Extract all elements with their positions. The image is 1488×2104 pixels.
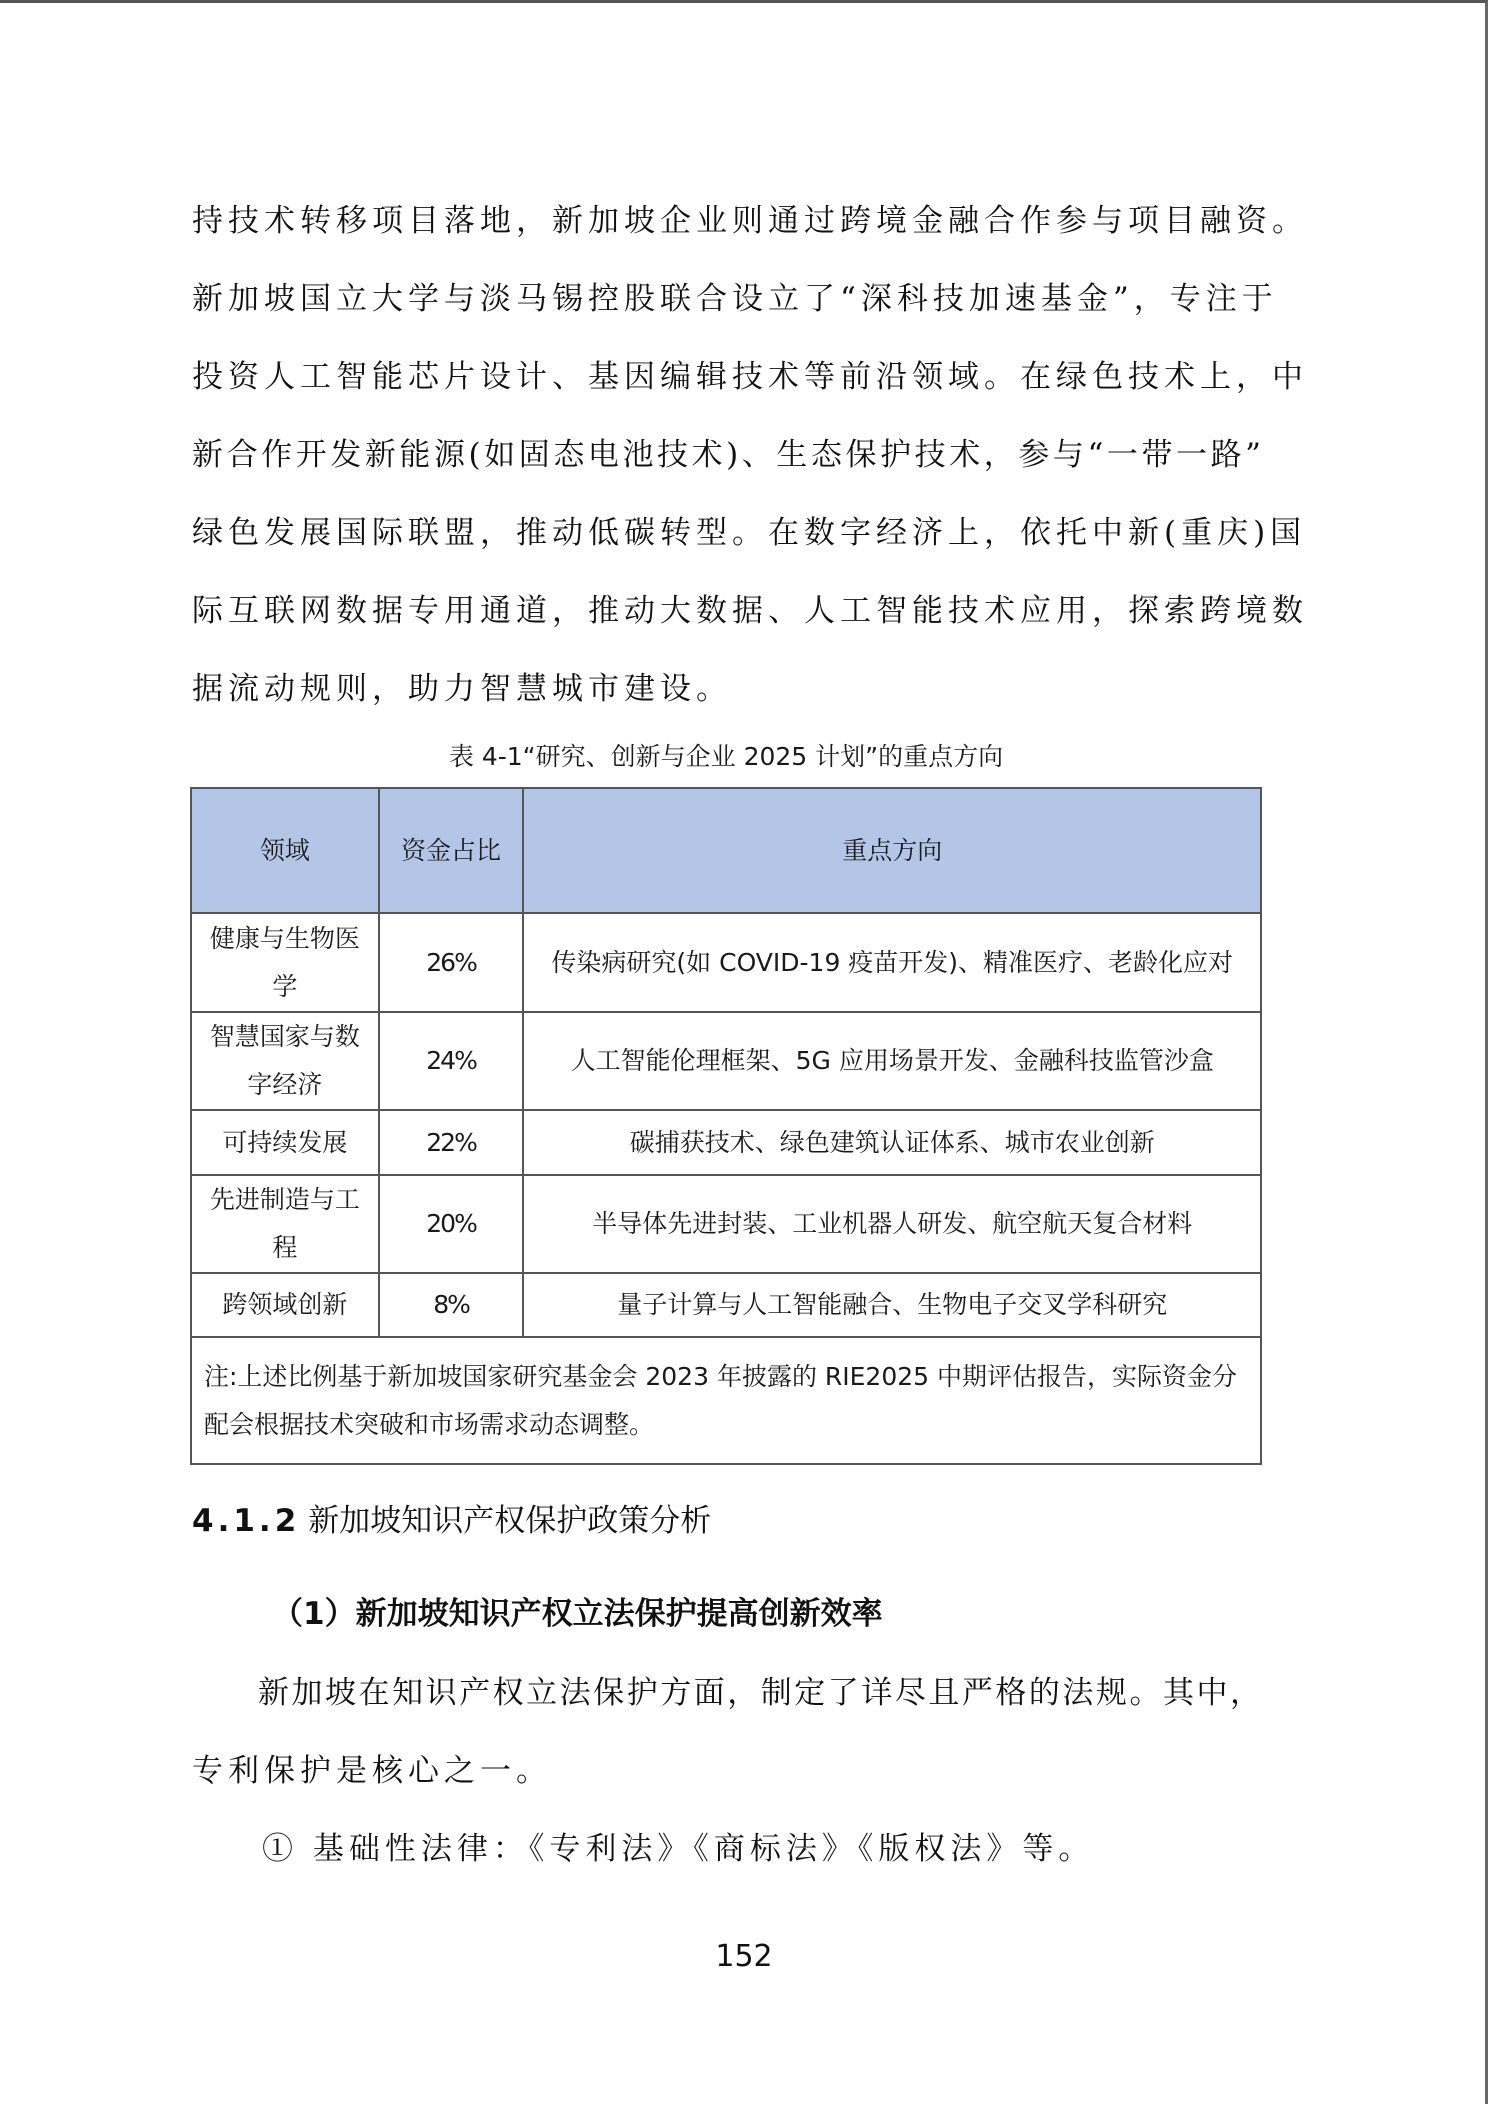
column-header-share: 资金占比 — [379, 788, 524, 913]
cell-field: 先进制造与工程 — [191, 1175, 379, 1273]
focus-areas-table: 领域 资金占比 重点方向 健康与生物医学 26% 传染病研究(如 COVID-1… — [190, 787, 1262, 1465]
paragraph-line: 际互联网数据专用通道，推动大数据、人工智能技术应用，探索跨境数 — [192, 591, 1262, 631]
paragraph-line: 持技术转移项目落地，新加坡企业则通过跨境金融合作参与项目融资。 — [192, 201, 1262, 241]
table-row: 可持续发展 22% 碳捕获技术、绿色建筑认证体系、城市农业创新 — [191, 1110, 1261, 1175]
document-page: 持技术转移项目落地，新加坡企业则通过跨境金融合作参与项目融资。 新加坡国立大学与… — [0, 3, 1488, 2104]
table-row: 先进制造与工程 20% 半导体先进封装、工业机器人研发、航空航天复合材料 — [191, 1175, 1261, 1273]
cell-share: 8% — [379, 1273, 524, 1337]
table-row: 智慧国家与数字经济 24% 人工智能伦理框架、5G 应用场景开发、金融科技监管沙… — [191, 1012, 1261, 1110]
cell-focus: 传染病研究(如 COVID-19 疫苗开发)、精准医疗、老龄化应对 — [523, 913, 1261, 1012]
paragraph-line: 新合作开发新能源(如固态电池技术)、生态保护技术，参与“一带一路” — [192, 435, 1262, 475]
cell-field: 跨领域创新 — [191, 1273, 379, 1337]
cell-focus: 人工智能伦理框架、5G 应用场景开发、金融科技监管沙盒 — [523, 1012, 1261, 1110]
table-note: 注:上述比例基于新加坡国家研究基金会 2023 年披露的 RIE2025 中期评… — [191, 1337, 1261, 1464]
cell-field: 健康与生物医学 — [191, 913, 379, 1012]
cell-share: 24% — [379, 1012, 524, 1110]
page-number: 152 — [0, 1939, 1488, 1974]
list-item: ① 基础性法律：《专利法》《商标法》《版权法》等。 — [262, 1829, 1162, 1869]
paragraph-line: 据流动规则，助力智慧城市建设。 — [192, 669, 1262, 709]
cell-field: 可持续发展 — [191, 1110, 379, 1175]
cell-share: 20% — [379, 1175, 524, 1273]
paragraph-line: 专利保护是核心之一。 — [192, 1751, 1262, 1791]
cell-focus: 量子计算与人工智能融合、生物电子交叉学科研究 — [523, 1273, 1261, 1337]
paragraph-line: 新加坡在知识产权立法保护方面，制定了详尽且严格的法规。其中， — [258, 1673, 1262, 1713]
table-header-row: 领域 资金占比 重点方向 — [191, 788, 1261, 913]
paragraph-line: 绿色发展国际联盟，推动低碳转型。在数字经济上，依托中新(重庆)国 — [192, 513, 1262, 553]
cell-focus: 半导体先进封装、工业机器人研发、航空航天复合材料 — [523, 1175, 1261, 1273]
cell-field: 智慧国家与数字经济 — [191, 1012, 379, 1110]
cell-share: 22% — [379, 1110, 524, 1175]
paragraph-line: 新加坡国立大学与淡马锡控股联合设立了“深科技加速基金”，专注于 — [192, 279, 1262, 319]
table-row: 跨领域创新 8% 量子计算与人工智能融合、生物电子交叉学科研究 — [191, 1273, 1261, 1337]
section-number: 4.1.2 — [192, 1503, 300, 1539]
column-header-focus: 重点方向 — [523, 788, 1261, 913]
table-row: 健康与生物医学 26% 传染病研究(如 COVID-19 疫苗开发)、精准医疗、… — [191, 913, 1261, 1012]
column-header-field: 领域 — [191, 788, 379, 913]
subsection-heading: （1）新加坡知识产权立法保护提高创新效率 — [272, 1592, 883, 1636]
table-caption: 表 4-1“研究、创新与企业 2025 计划”的重点方向 — [190, 739, 1262, 775]
cell-share: 26% — [379, 913, 524, 1012]
section-title: 新加坡知识产权保护政策分析 — [308, 1503, 711, 1539]
paragraph-line: 投资人工智能芯片设计、基因编辑技术等前沿领域。在绿色技术上，中 — [192, 357, 1262, 397]
table-note-row: 注:上述比例基于新加坡国家研究基金会 2023 年披露的 RIE2025 中期评… — [191, 1337, 1261, 1464]
cell-focus: 碳捕获技术、绿色建筑认证体系、城市农业创新 — [523, 1110, 1261, 1175]
section-heading: 4.1.2新加坡知识产权保护政策分析 — [192, 1499, 711, 1543]
